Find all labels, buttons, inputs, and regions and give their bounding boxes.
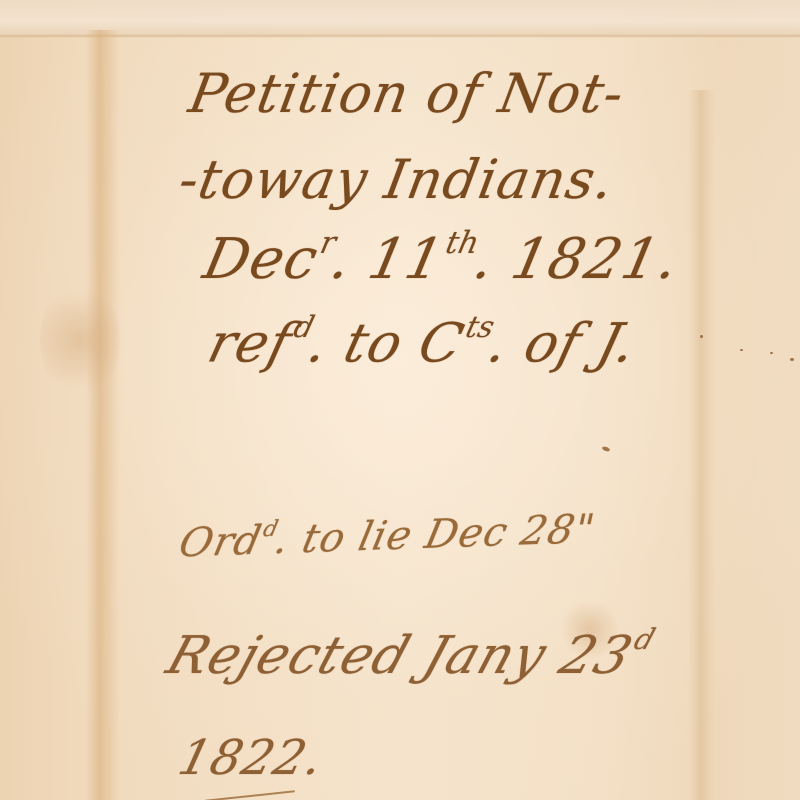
line-text: Rejected Jany 23 <box>160 626 640 686</box>
docket-line-title-2: -toway Indians. <box>174 148 618 211</box>
docket-line-rejected: Rejected Jany 23d <box>160 622 660 686</box>
ink-speck <box>790 358 794 361</box>
ink-speck <box>602 446 611 452</box>
docket-line-title-1: Petition of Not- <box>184 62 629 125</box>
line-text: . to lie Dec <box>270 509 512 563</box>
docket-line-referral: refd. to Cts. of J. <box>202 310 644 375</box>
line-text: Dec <box>198 227 324 292</box>
line-text: . to C <box>302 312 471 375</box>
right-fold-line <box>688 90 716 800</box>
paper-stain <box>40 280 120 400</box>
line-text: ref <box>202 312 298 375</box>
line-text: 1822. <box>173 730 329 786</box>
ink-speck <box>770 352 773 354</box>
docket-line-date: Decr. 11th. 1821. <box>198 225 685 292</box>
manuscript-page: Petition of Not- -toway Indians. Decr. 1… <box>0 0 800 800</box>
line-text: . 1821. <box>468 227 685 292</box>
docket-line-year: 1822. <box>173 730 329 786</box>
line-text: . of J. <box>482 312 643 375</box>
line-text: 28" <box>503 506 600 555</box>
line-text: . 11 <box>325 227 450 292</box>
line-text: Petition of Not- <box>184 62 629 125</box>
left-fold-line <box>86 30 120 800</box>
horizontal-crease <box>0 34 800 38</box>
line-text: Ord <box>175 518 266 567</box>
line-text: -toway Indians. <box>174 148 618 211</box>
ink-speck <box>700 335 703 338</box>
docket-line-ordered: Ordd. to lie Dec 28" <box>175 506 599 567</box>
ink-underline-stroke <box>205 790 295 800</box>
paper-top-edge <box>0 0 800 36</box>
ink-speck <box>740 349 743 351</box>
